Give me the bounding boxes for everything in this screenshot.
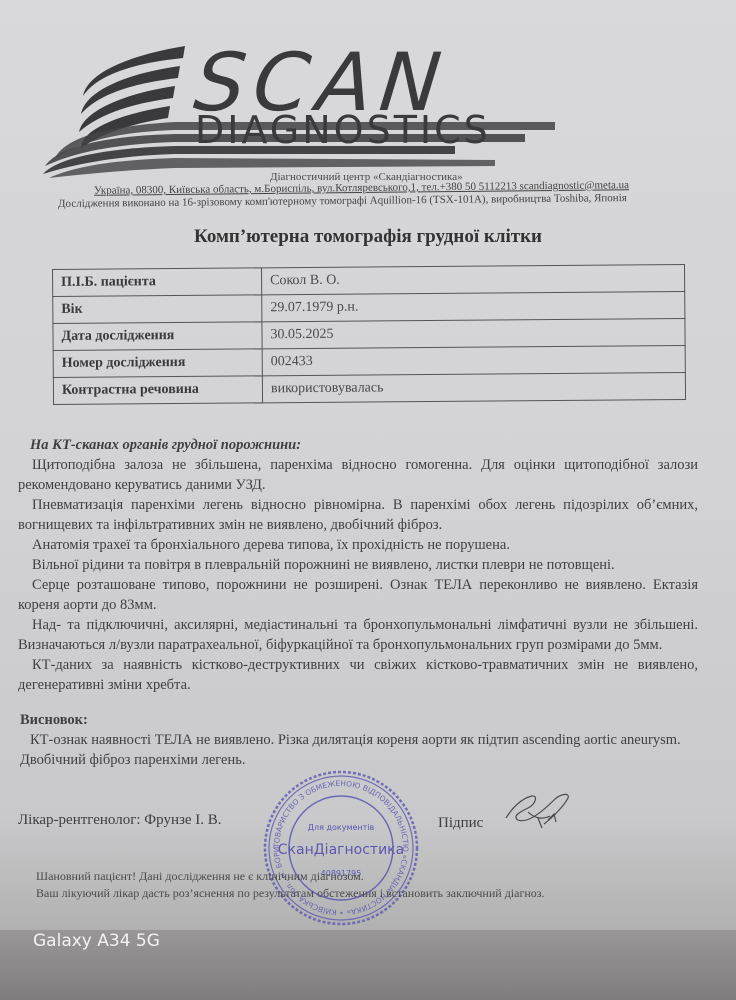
camera-watermark: Galaxy A34 5G <box>33 931 160 951</box>
row-label: П.І.Б. пацієнта <box>53 268 262 297</box>
row-label: Контрастна речовина <box>53 376 262 405</box>
logo-text-diagnostics: DIAGNOSTICS <box>195 108 491 152</box>
signature-label: Підпис <box>438 815 483 832</box>
study-number: 002433 <box>262 346 685 376</box>
document-page: SCAN DIAGNOSTICS Діагностичний центр «Ск… <box>0 0 736 930</box>
patient-notice: Шановний пацієнт! Дані дослідження не є … <box>36 868 545 902</box>
radiologist-name: Лікар-рентгенолог: Фрунзе І. В. <box>18 812 222 829</box>
scan-diagnostics-logo: SCAN DIAGNOSTICS <box>35 38 565 188</box>
finding-paragraph: Вільної рідини та повітря в плевральній … <box>18 555 698 575</box>
finding-paragraph: Анатомія трахеї та бронхіального дерева … <box>18 535 698 555</box>
patient-name: Сокол В. О. <box>261 265 684 295</box>
findings-section: На КТ-сканах органів грудної порожнини: … <box>18 435 698 695</box>
company-stamp: ТОВАРИСТВО З ОБМЕЖЕНОЮ ВІДПОВІДАЛЬНІСТЮ … <box>262 768 420 928</box>
table-row: Контрастна речовина використовувалась <box>53 373 685 405</box>
contrast-agent: використовувалась <box>262 373 685 403</box>
notice-line-2: Ваш лікуючий лікар дасть роз’яснення по … <box>36 885 545 902</box>
notice-line-1: Шановний пацієнт! Дані дослідження не є … <box>36 868 545 885</box>
stamp-seal-icon: ТОВАРИСТВО З ОБМЕЖЕНОЮ ВІДПОВІДАЛЬНІСТЮ … <box>262 768 420 928</box>
conclusion-section: Висновок: КТ-ознак наявності ТЕЛА не вия… <box>20 710 720 770</box>
svg-text:Для документів: Для документів <box>308 823 375 832</box>
row-label: Дата дослідження <box>53 322 262 351</box>
row-label: Вік <box>53 295 262 324</box>
study-date: 30.05.2025 <box>262 319 685 349</box>
finding-paragraph: Пневматизація паренхіми легень відносно … <box>18 495 698 535</box>
conclusion-heading: Висновок: <box>20 710 720 730</box>
finding-paragraph: Серце розташоване типово, порожнини не р… <box>18 575 698 615</box>
finding-paragraph: Щитоподібна залоза не збільшена, паренхі… <box>18 455 698 495</box>
patient-birthdate: 29.07.1979 р.н. <box>262 292 685 322</box>
finding-paragraph: КТ-даних за наявність кістково-деструкти… <box>18 655 698 695</box>
signature-icon <box>498 788 578 833</box>
document-title: Комп’ютерна томографія грудної клітки <box>0 226 736 248</box>
finding-paragraph: Над- та підключичні, аксилярні, медіасти… <box>18 615 698 655</box>
row-label: Номер дослідження <box>53 349 262 378</box>
patient-info-table: П.І.Б. пацієнта Сокол В. О. Вік 29.07.19… <box>52 264 686 405</box>
svg-text:СканДіагностика: СканДіагностика <box>278 842 404 858</box>
conclusion-text: КТ-ознак наявності ТЕЛА не виявлено. Різ… <box>20 730 720 770</box>
findings-heading: На КТ-сканах органів грудної порожнини: <box>30 435 698 455</box>
